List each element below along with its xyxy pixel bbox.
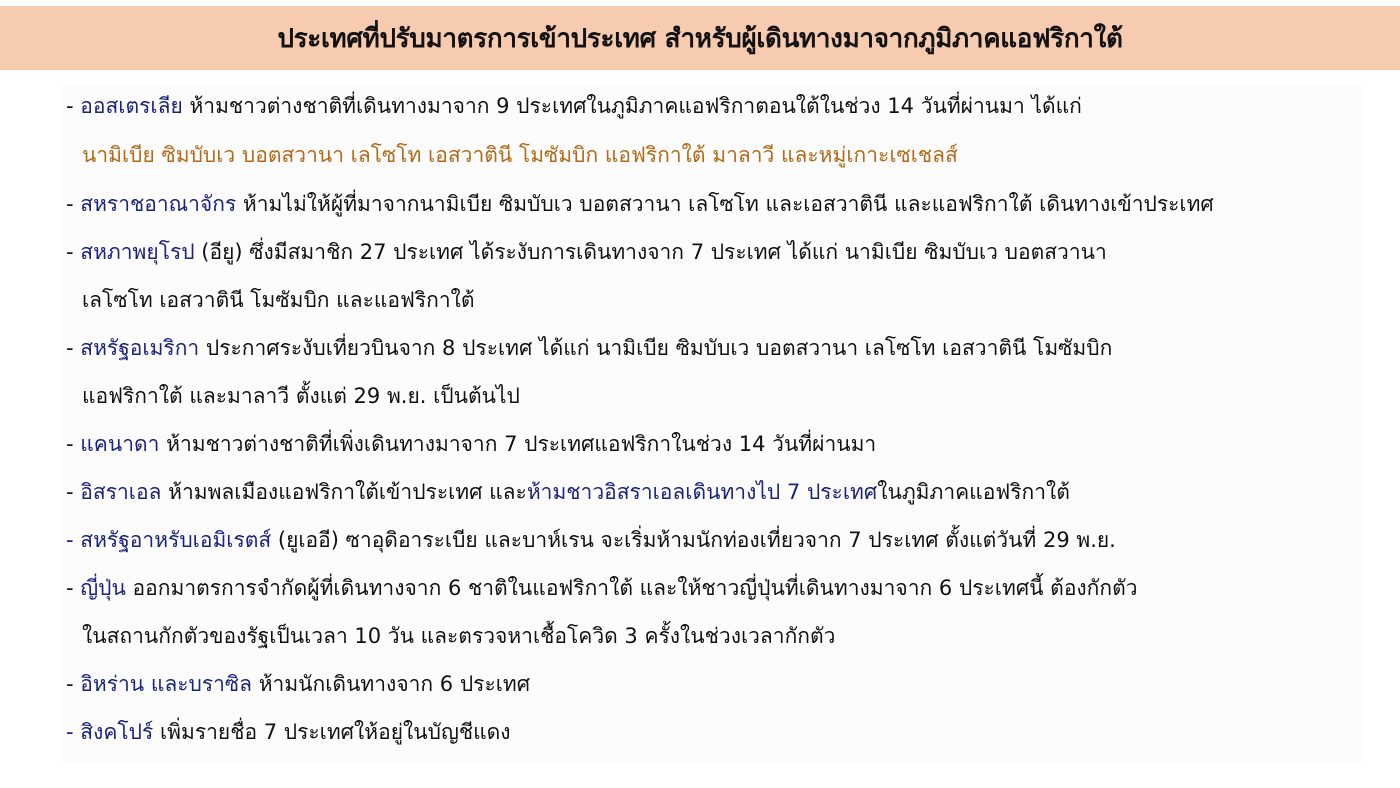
item-text: ห้ามพลเมืองแอฟริกาใต้เข้าประเทศ และ bbox=[161, 480, 526, 504]
list-item-uk: - สหราชอาณาจักร ห้ามไม่ให้ผู้ที่มาจากนาม… bbox=[66, 182, 1214, 226]
item-text-continuation: ในสถานกักตัวของรัฐเป็นเวลา 10 วัน และตรว… bbox=[82, 624, 835, 648]
bullet-dash: - bbox=[66, 94, 80, 118]
list-item-australia: - ออสเตรเลีย ห้ามชาวต่างชาติที่เดินทางมา… bbox=[66, 84, 1082, 128]
title-banner: ประเทศที่ปรับมาตรการเข้าประเทศ สำหรับผู้… bbox=[0, 6, 1400, 70]
item-text: ห้ามชาวต่างชาติที่เดินทางมาจาก 9 ประเทศใ… bbox=[183, 94, 1082, 118]
travel-ban-highlight: ห้ามชาวอิสราเอลเดินทางไป 7 ประเทศ bbox=[527, 480, 877, 504]
item-text-after: ในภูมิภาคแอฟริกาใต้ bbox=[877, 480, 1070, 504]
country-name: สหภาพยุโรป bbox=[80, 240, 194, 264]
list-item-canada: - แคนาดา ห้ามชาวต่างชาติที่เพิ่งเดินทางม… bbox=[66, 422, 876, 466]
country-name: ออสเตรเลีย bbox=[80, 94, 183, 118]
country-name: อิหร่าน และบราซิล bbox=[80, 672, 252, 696]
list-item-eu-continuation: เลโซโท เอสวาตินี โมซัมบิก และแอฟริกาใต้ bbox=[82, 278, 475, 322]
country-name: สหรัฐอเมริกา bbox=[80, 336, 199, 360]
list-item-uae: - สหรัฐอาหรับเอมิเรตส์ (ยูเออี) ซาอุดิอา… bbox=[66, 518, 1116, 562]
list-item-japan-continuation: ในสถานกักตัวของรัฐเป็นเวลา 10 วัน และตรว… bbox=[82, 614, 835, 658]
list-item-eu: - สหภาพยุโรป (อียู) ซึ่งมีสมาชิก 27 ประเ… bbox=[66, 230, 1107, 274]
bullet-dash: - bbox=[66, 672, 80, 696]
item-text-continuation: เลโซโท เอสวาตินี โมซัมบิก และแอฟริกาใต้ bbox=[82, 288, 475, 312]
bullet-dash: - bbox=[66, 480, 80, 504]
country-list-highlight: นามิเบีย ซิมบับเว บอตสวานา เลโซโท เอสวาต… bbox=[82, 143, 958, 167]
bullet-dash: - bbox=[66, 720, 80, 744]
bullet-dash: - bbox=[66, 240, 80, 264]
list-item-japan: - ญี่ปุ่น ออกมาตรการจำกัดผู้ที่เดินทางจา… bbox=[66, 566, 1138, 610]
country-name: ญี่ปุ่น bbox=[80, 576, 126, 600]
item-text: ห้ามไม่ให้ผู้ที่มาจากนามิเบีย ซิมบับเว บ… bbox=[236, 192, 1214, 216]
country-name: สหราชอาณาจักร bbox=[80, 192, 236, 216]
list-item-australia-countries: นามิเบีย ซิมบับเว บอตสวานา เลโซโท เอสวาต… bbox=[82, 133, 958, 177]
item-text: (อียู) ซึ่งมีสมาชิก 27 ประเทศ ได้ระงับกา… bbox=[195, 240, 1107, 264]
country-name: แคนาดา bbox=[80, 432, 159, 456]
bullet-dash: - bbox=[66, 576, 80, 600]
list-item-usa: - สหรัฐอเมริกา ประกาศระงับเที่ยวบินจาก 8… bbox=[66, 326, 1112, 370]
item-text: ห้ามนักเดินทางจาก 6 ประเทศ bbox=[252, 672, 530, 696]
list-item-iran-brazil: - อิหร่าน และบราซิล ห้ามนักเดินทางจาก 6 … bbox=[66, 662, 530, 706]
item-text-continuation: แอฟริกาใต้ และมาลาวี ตั้งแต่ 29 พ.ย. เป็… bbox=[82, 384, 520, 408]
country-measures-list: - ออสเตรเลีย ห้ามชาวต่างชาติที่เดินทางมา… bbox=[62, 84, 1362, 764]
bullet-dash: - bbox=[66, 192, 80, 216]
bullet-dash: - bbox=[66, 528, 80, 552]
list-item-singapore: - สิงคโปร์ เพิ่มรายชื่อ 7 ประเทศให้อยู่ใ… bbox=[66, 710, 511, 754]
list-item-usa-continuation: แอฟริกาใต้ และมาลาวี ตั้งแต่ 29 พ.ย. เป็… bbox=[82, 374, 520, 418]
bullet-dash: - bbox=[66, 432, 80, 456]
country-name: สหรัฐอาหรับเอมิเรตส์ bbox=[80, 528, 271, 552]
item-text: ออกมาตรการจำกัดผู้ที่เดินทางจาก 6 ชาติใน… bbox=[126, 576, 1138, 600]
item-text: (ยูเออี) ซาอุดิอาระเบีย และบาห์เรน จะเริ… bbox=[271, 528, 1116, 552]
country-name: สิงคโปร์ bbox=[80, 720, 153, 744]
bullet-dash: - bbox=[66, 336, 80, 360]
item-text: ประกาศระงับเที่ยวบินจาก 8 ประเทศ ได้แก่ … bbox=[199, 336, 1112, 360]
item-text: ห้ามชาวต่างชาติที่เพิ่งเดินทางมาจาก 7 ปร… bbox=[159, 432, 876, 456]
country-name: อิสราเอล bbox=[80, 480, 161, 504]
page-title: ประเทศที่ปรับมาตรการเข้าประเทศ สำหรับผู้… bbox=[277, 18, 1122, 59]
list-item-israel: - อิสราเอล ห้ามพลเมืองแอฟริกาใต้เข้าประเ… bbox=[66, 470, 1070, 514]
item-text: เพิ่มรายชื่อ 7 ประเทศให้อยู่ในบัญชีแดง bbox=[153, 720, 510, 744]
